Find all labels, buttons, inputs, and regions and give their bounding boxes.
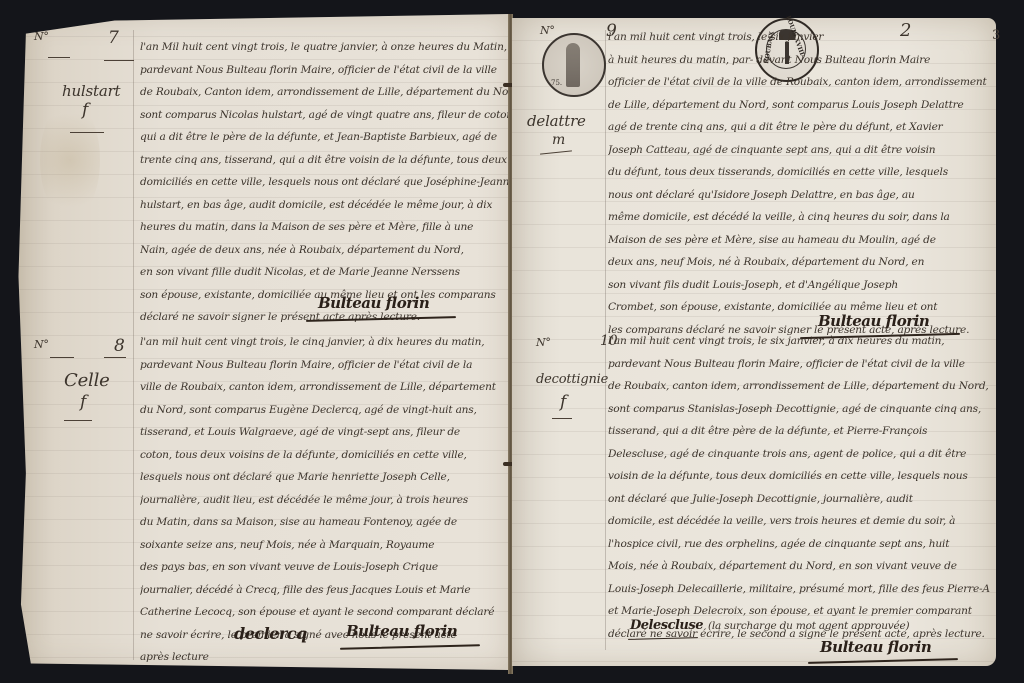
text-line: Louis-Joseph Delecaillerie, militaire, p…: [608, 578, 990, 601]
text-line: l'an mil huit cent vingt trois, le cinq …: [140, 331, 510, 354]
text-line: Delescluse, agé de cinquante trois ans, …: [608, 443, 990, 466]
signature-mayor: Bulteau florin: [318, 294, 429, 312]
page-number: 3: [992, 28, 1000, 43]
text-line: Nain, agée de deux ans, née à Roubaix, d…: [140, 239, 510, 262]
text-line: Mois, née à Roubaix, département du Nord…: [608, 555, 990, 578]
text-line: domiciliés en cette ville, lesquels nous…: [140, 171, 510, 194]
underline: [104, 60, 134, 61]
margin-sex: f: [80, 392, 86, 412]
text-line: des pays bas, en son vivant veuve de Lou…: [140, 556, 510, 579]
text-line: Crombet, son épouse, existante, domicili…: [608, 296, 990, 319]
margin-name-delattre: delattre: [527, 112, 586, 130]
text-line: du Nord, sont comparus Eugène Declercq, …: [140, 399, 510, 422]
text-line: son vivant fils dudit Louis-Joseph, et d…: [608, 274, 990, 297]
text-line: Catherine Lecocq, son épouse et ayant le…: [140, 601, 510, 624]
text-line: tisserand, qui a dit être père de la déf…: [608, 420, 990, 443]
signature-declercq: declercq: [234, 624, 307, 643]
text-line: journalier, décédé à Crecq, fille des fe…: [140, 579, 510, 602]
text-line: agé de trente cinq ans, qui a dit être l…: [608, 116, 990, 139]
fiscal-stamp-icon: 75.: [542, 33, 606, 97]
entry-label: N°: [34, 338, 49, 351]
text-line: trente cinq ans, tisserand, qui a dit êt…: [140, 149, 510, 172]
underline: [50, 357, 74, 358]
entry-8-text: l'an mil huit cent vingt trois, le cinq …: [140, 331, 510, 669]
text-line: du défunt, tous deux tisserands, domicil…: [608, 161, 990, 184]
text-line: Joseph Catteau, agé de cinquante sept an…: [608, 139, 990, 162]
marginal-annotation: (la surcharge du mot agent approuvée): [708, 620, 909, 632]
entry-number-9: N° 9: [540, 24, 555, 37]
register-spread: N° 7 hulstart f l'an Mil huit cent vingt…: [0, 0, 1024, 683]
text-line: l'an Mil huit cent vingt trois, le quatr…: [140, 36, 510, 59]
entry-label: N°: [34, 30, 49, 43]
underline: [48, 57, 70, 58]
margin-sex: f: [82, 100, 88, 120]
signature-mayor: Bulteau florin: [820, 638, 931, 656]
margin-sex: f: [560, 392, 566, 412]
text-line: après lecture: [140, 646, 510, 669]
text-line: sont comparus Stanislas-Joseph Decottign…: [608, 398, 990, 421]
entry-number-8: N° 8: [34, 338, 49, 351]
text-line: à huit heures du matin, par- devant Nous…: [608, 49, 990, 72]
text-line: lesquels nous ont déclaré que Marie henr…: [140, 466, 510, 489]
stamp-figure: [566, 43, 580, 87]
text-line: sont comparus Nicolas hulstart, agé de v…: [140, 104, 510, 127]
text-line: en son vivant fille dudit Nicolas, et de…: [140, 261, 510, 284]
text-line: pardevant Nous Bulteau florin Maire, off…: [140, 59, 510, 82]
text-line: hulstart, en bas âge, audit domicile, es…: [140, 194, 510, 217]
text-line: journalière, audit lieu, est décédée le …: [140, 489, 510, 512]
entry-number-7: N° 7: [34, 30, 49, 43]
text-line: l'an mil huit cent vingt trois, le six j…: [608, 330, 990, 353]
entry-number: 8: [114, 336, 125, 356]
text-line: deux ans, neuf Mois, né à Roubaix, dépar…: [608, 251, 990, 274]
entry-number: 7: [108, 28, 119, 48]
text-line: l'an mil huit cent vingt trois, le six j…: [608, 26, 990, 49]
underline: [552, 418, 572, 419]
margin-name-celle: Celle: [64, 370, 110, 391]
signature-mayor: Bulteau florin: [346, 622, 457, 640]
text-line: de Lille, département du Nord, sont comp…: [608, 94, 990, 117]
entry-label: N°: [540, 24, 555, 37]
text-line: de Roubaix, canton idem, arrondissement …: [608, 375, 990, 398]
text-line: du Matin, dans sa Maison, sise au hameau…: [140, 511, 510, 534]
entry-9-text: l'an mil huit cent vingt trois, le six j…: [608, 26, 990, 341]
text-line: ville de Roubaix, canton idem, arrondiss…: [140, 376, 510, 399]
paper-stain: [40, 100, 100, 220]
text-line: coton, tous deux voisins de la défunte, …: [140, 444, 510, 467]
stamp-label: 75.: [551, 79, 562, 87]
entry-number-10: N° 10: [536, 336, 551, 349]
text-line: ont déclaré que Julie-Joseph Decottignie…: [608, 488, 990, 511]
text-line: même domicile, est décédé la veille, à c…: [608, 206, 990, 229]
text-line: domicile, est décédée la veille, vers tr…: [608, 510, 990, 533]
text-line: de Roubaix, Canton idem, arrondissement …: [140, 81, 510, 104]
signature-mayor: Bulteau florin: [818, 312, 929, 330]
text-line: officier de l'état civil de la ville de …: [608, 71, 990, 94]
text-line: tisserand, et Louis Walgraeve, agé de vi…: [140, 421, 510, 444]
margin-sex: m: [552, 132, 565, 148]
text-line: nous ont déclaré qu'Isidore Joseph Delat…: [608, 184, 990, 207]
margin-name-hulstart: hulstart: [62, 82, 120, 100]
signature-delescluse: Delescluse: [630, 618, 703, 633]
text-line: heures du matin, dans la Maison de ses p…: [140, 216, 510, 239]
entry-10-text: l'an mil huit cent vingt trois, le six j…: [608, 330, 990, 645]
text-line: Maison de ses père et Mère, sise au hame…: [608, 229, 990, 252]
text-line: pardevant Nous Bulteau florin Maire, off…: [140, 354, 510, 377]
underline: [70, 132, 104, 133]
entry-7-text: l'an Mil huit cent vingt trois, le quatr…: [140, 36, 510, 329]
underline: [64, 420, 92, 421]
text-line: l'hospice civil, rue des orphelins, agée…: [608, 533, 990, 556]
underline: [104, 357, 126, 358]
text-line: soixante seize ans, neuf Mois, née à Mar…: [140, 534, 510, 557]
text-line: qui a dit être le père de la défunte, et…: [140, 126, 510, 149]
margin-rule-left: [133, 30, 134, 660]
text-line: voisin de la défunte, tous deux domicili…: [608, 465, 990, 488]
entry-label: N°: [536, 336, 551, 349]
margin-name-decottignie: decottignie: [536, 372, 608, 387]
text-line: pardevant Nous Bulteau florin Maire, off…: [608, 353, 990, 376]
